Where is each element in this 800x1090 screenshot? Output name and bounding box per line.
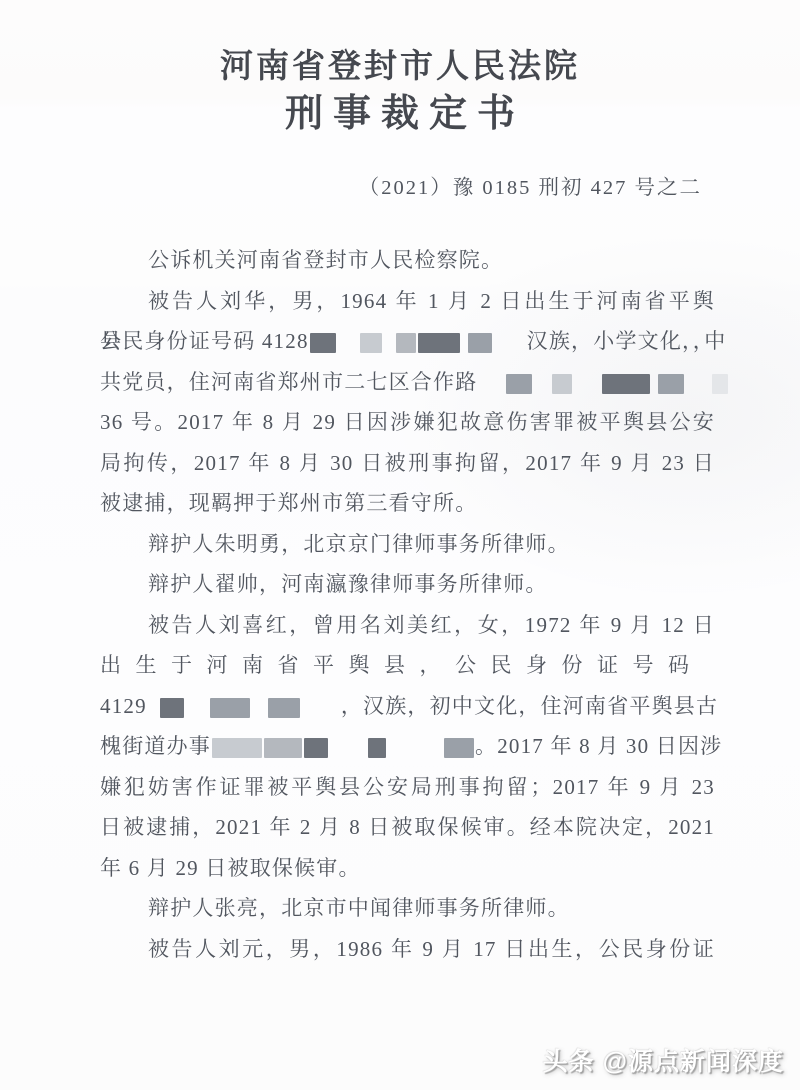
redaction-block [444, 738, 474, 758]
redaction-gap [251, 707, 267, 709]
document-line: 日被逮捕，2021 年 2 月 8 日被取保候审。经本院决定，2021 [100, 807, 715, 848]
line-text: 辩护人张亮，北京市中闻律师事务所律师。 [148, 896, 570, 920]
line-text: 被告人刘喜红，曾用名刘美红，女，1972 年 9 月 12 日 [148, 613, 715, 637]
redaction-gap [383, 342, 395, 344]
line-text: 共党员，住河南省郑州市二七区合作路 [100, 370, 477, 394]
document-line: 共党员，住河南省郑州市二七区合作路 [100, 362, 715, 403]
line-text: 公民身份证号码 4128 [100, 329, 309, 353]
watermark: 头条 @源点新闻深度 [543, 1042, 784, 1078]
document-type-title: 刑事裁定书 [0, 82, 800, 137]
document-line: 嫌犯妨害作证罪被平舆县公安局刑事拘留；2017 年 9 月 23 [100, 767, 715, 808]
redaction-gap [685, 383, 711, 385]
line-text: 被告人刘元，男，1986 年 9 月 17 日出生，公民身份证 [148, 937, 715, 961]
line-text: 年 6 月 29 日被取保候审。 [100, 856, 361, 880]
line-text: ，汉族，初中文化，住河南省平舆县古 [341, 694, 718, 718]
redaction-block [264, 738, 302, 758]
redaction-gap [477, 383, 505, 385]
document-line: 被告人刘华，男，1964 年 1 月 2 日出生于河南省平舆县， [100, 281, 715, 322]
redaction-block [552, 374, 572, 394]
document-line: 辩护人张亮，北京市中闻律师事务所律师。 [100, 888, 715, 929]
line-text: 局拘传，2017 年 8 月 30 日被刑事拘留，2017 年 9 月 23 日 [100, 451, 715, 475]
document-line: 公民身份证号码 4128汉族，小学文化，中 [100, 321, 715, 362]
redaction-gap [573, 383, 601, 385]
line-text: 。2017 年 8 月 30 日因涉 [475, 734, 722, 758]
redaction-block [360, 333, 382, 353]
redaction-block [304, 738, 328, 758]
court-name: 河南省登封市人民法院 [0, 40, 800, 87]
line-text: 36 号。2017 年 8 月 29 日因涉嫌犯故意伤害罪被平舆县公安 [100, 410, 715, 434]
line-text: 汉族，小学文化，中 [527, 329, 727, 353]
redaction-block [210, 698, 250, 718]
document-line: 局拘传，2017 年 8 月 30 日被刑事拘留，2017 年 9 月 23 日 [100, 443, 715, 484]
redaction-gap [147, 707, 159, 709]
redaction-block [658, 374, 684, 394]
redaction-gap [493, 342, 527, 344]
redaction-block [368, 738, 386, 758]
line-text: 公诉机关河南省登封市人民检察院。 [148, 248, 503, 272]
line-text: 嫌犯妨害作证罪被平舆县公安局刑事拘留；2017 年 9 月 23 [100, 775, 715, 799]
redaction-gap [461, 342, 467, 344]
document-line: 年 6 月 29 日被取保候审。 [100, 848, 715, 889]
redaction-block [310, 333, 336, 353]
document-line: 36 号。2017 年 8 月 29 日因涉嫌犯故意伤害罪被平舆县公安 [100, 402, 715, 443]
line-text: 槐街道办事 [100, 734, 211, 758]
redaction-gap [651, 383, 657, 385]
document-line: 公诉机关河南省登封市人民检察院。 [100, 240, 715, 281]
line-text: 日被逮捕，2021 年 2 月 8 日被取保候审。经本院决定，2021 [100, 815, 715, 839]
case-number: （2021）豫 0185 刑初 427 号之二 [100, 170, 702, 200]
redaction-block [506, 374, 532, 394]
document-page: 河南省登封市人民法院 刑事裁定书 （2021）豫 0185 刑初 427 号之二… [0, 0, 800, 1090]
document-line: 辩护人朱明勇，北京京门律师事务所律师。 [100, 524, 715, 565]
line-text: 辩护人翟帅，河南瀛豫律师事务所律师。 [148, 572, 548, 596]
redaction-gap [387, 747, 443, 749]
document-line: 被告人刘喜红，曾用名刘美红，女，1972 年 9 月 12 日 [100, 605, 715, 646]
document-line: 4129，汉族，初中文化，住河南省平舆县古 [100, 686, 715, 727]
document-line: 被逮捕，现羁押于郑州市第三看守所。 [100, 483, 715, 524]
redaction-block [712, 374, 728, 394]
redaction-block [602, 374, 650, 394]
redaction-gap [301, 707, 341, 709]
redaction-block [468, 333, 492, 353]
line-text: 4129 [100, 694, 147, 718]
line-text: 被逮捕，现羁押于郑州市第三看守所。 [100, 491, 477, 515]
redaction-gap [533, 383, 551, 385]
redaction-gap [337, 342, 359, 344]
redaction-block [396, 333, 416, 353]
document-line: 辩护人翟帅，河南瀛豫律师事务所律师。 [100, 564, 715, 605]
redaction-block [212, 738, 262, 758]
line-text: 出生于河南省平舆县，公民身份证号码 [100, 653, 704, 677]
redaction-gap [329, 747, 367, 749]
redaction-block [268, 698, 300, 718]
document-body: 公诉机关河南省登封市人民检察院。被告人刘华，男，1964 年 1 月 2 日出生… [100, 240, 715, 969]
redaction-block [418, 333, 460, 353]
line-text: 辩护人朱明勇，北京京门律师事务所律师。 [148, 532, 570, 556]
redaction-gap [185, 707, 209, 709]
redaction-block [160, 698, 184, 718]
document-line: 出生于河南省平舆县，公民身份证号码 [100, 645, 715, 686]
document-line: 被告人刘元，男，1986 年 9 月 17 日出生，公民身份证 [100, 929, 715, 970]
document-line: 槐街道办事。2017 年 8 月 30 日因涉 [100, 726, 715, 767]
